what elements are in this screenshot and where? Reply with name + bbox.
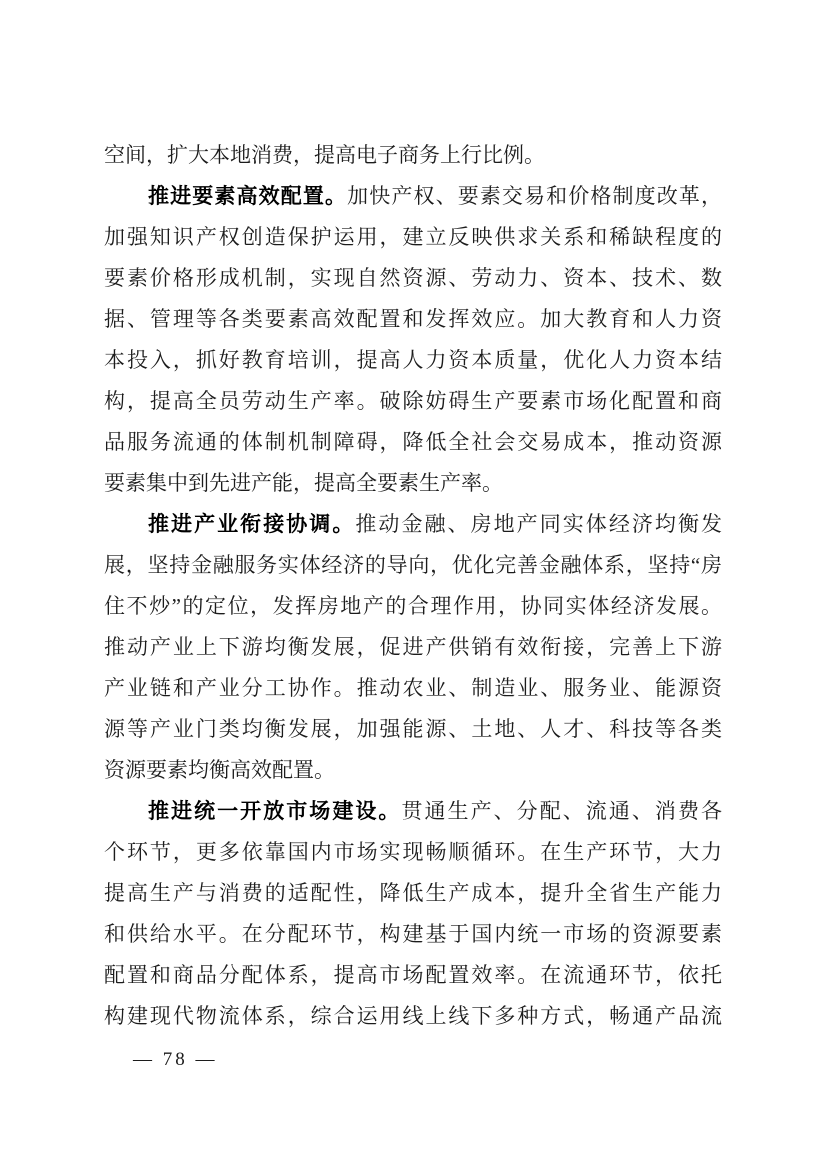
line-text: 品服务流通的体制机制障碍，降低全社会交易成本，推动资源 (104, 430, 722, 454)
text-line: 提高生产与消费的适配性，降低生产成本，提升全省生产能力 (104, 873, 722, 914)
text-line: 展，坚持金融服务实体经济的导向，优化完善金融体系，坚持“房 (104, 545, 722, 586)
text-line: 产业链和产业分工协作。推动农业、制造业、服务业、能源资 (104, 668, 722, 709)
page-number-text: — 78 — (133, 1049, 218, 1070)
text-line: 资源要素均衡高效配置。 (104, 750, 722, 791)
line-text: 住不炒”的定位，发挥房地产的合理作用，协同实体经济发展。 (104, 594, 722, 618)
line-text: 本投入，抓好教育培训，提高人力资本质量，优化人力资本结 (104, 348, 722, 372)
text-line: 推进统一开放市场建设。贯通生产、分配、流通、消费各 (104, 791, 722, 832)
line-text: 和供给水平。在分配环节，构建基于国内统一市场的资源要素 (104, 922, 722, 946)
line-text: 个环节，更多依靠国内市场实现畅顺循环。在生产环节，大力 (104, 840, 722, 864)
paragraph-lead: 推进要素高效配置。 (148, 184, 347, 208)
line-text: 源等产业门类均衡发展，加强能源、土地、人才、科技等各类 (104, 717, 722, 741)
text-line: 构，提高全员劳动生产率。破除妨碍生产要素市场化配置和商 (104, 381, 722, 422)
paragraph-lead: 推进统一开放市场建设。 (148, 799, 401, 823)
document-page: 空间，扩大本地消费，提高电子商务上行比例。 推进要素高效配置。加快产权、要素交易… (0, 0, 827, 1169)
line-text: 空间，扩大本地消费，提高电子商务上行比例。 (104, 143, 545, 167)
text-line: 推动产业上下游均衡发展，促进产供销有效衔接，完善上下游 (104, 627, 722, 668)
text-line: 个环节，更多依靠国内市场实现畅顺循环。在生产环节，大力 (104, 832, 722, 873)
line-text: 资源要素均衡高效配置。 (104, 758, 335, 782)
line-text: 要素集中到先进产能，提高全要素生产率。 (104, 471, 503, 495)
line-text: 据、管理等各类要素高效配置和发挥效应。加大教育和人力资 (104, 307, 722, 331)
paragraph-industry-coordination: 推进产业衔接协调。推动金融、房地产同实体经济均衡发 展，坚持金融服务实体经济的导… (104, 504, 722, 791)
text-line: 要素集中到先进产能，提高全要素生产率。 (104, 463, 722, 504)
text-line: 推进产业衔接协调。推动金融、房地产同实体经济均衡发 (104, 504, 722, 545)
line-text: 要素价格形成机制，实现自然资源、劳动力、资本、技术、数 (104, 266, 722, 290)
page-body-text: 空间，扩大本地消费，提高电子商务上行比例。 推进要素高效配置。加快产权、要素交易… (104, 135, 722, 1037)
text-line: 要素价格形成机制，实现自然资源、劳动力、资本、技术、数 (104, 258, 722, 299)
line-text: 配置和商品分配体系，提高市场配置效率。在流通环节，依托 (104, 963, 722, 987)
line-text: 加强知识产权创造保护运用，建立反映供求关系和稀缺程度的 (104, 225, 722, 249)
text-line: 品服务流通的体制机制障碍，降低全社会交易成本，推动资源 (104, 422, 722, 463)
line-text: 推动金融、房地产同实体经济均衡发 (355, 512, 722, 536)
line-text: 推动产业上下游均衡发展，促进产供销有效衔接，完善上下游 (104, 635, 722, 659)
paragraph-unified-open-market: 推进统一开放市场建设。贯通生产、分配、流通、消费各 个环节，更多依靠国内市场实现… (104, 791, 722, 1037)
page-number: — 78 — (133, 1048, 218, 1072)
text-line: 推进要素高效配置。加快产权、要素交易和价格制度改革， (104, 176, 722, 217)
line-text: 提高生产与消费的适配性，降低生产成本，提升全省生产能力 (104, 881, 722, 905)
text-line: 加强知识产权创造保护运用，建立反映供求关系和稀缺程度的 (104, 217, 722, 258)
line-text: 展，坚持金融服务实体经济的导向，优化完善金融体系，坚持“房 (104, 553, 722, 577)
line-text: 构，提高全员劳动生产率。破除妨碍生产要素市场化配置和商 (104, 389, 722, 413)
text-line: 本投入，抓好教育培训，提高人力资本质量，优化人力资本结 (104, 340, 722, 381)
text-line: 住不炒”的定位，发挥房地产的合理作用，协同实体经济发展。 (104, 586, 722, 627)
line-text: 加快产权、要素交易和价格制度改革， (347, 184, 722, 208)
line-text: 贯通生产、分配、流通、消费各 (401, 799, 722, 823)
text-line: 空间，扩大本地消费，提高电子商务上行比例。 (104, 135, 722, 176)
text-line: 源等产业门类均衡发展，加强能源、土地、人才、科技等各类 (104, 709, 722, 750)
paragraph-continuation: 空间，扩大本地消费，提高电子商务上行比例。 (104, 135, 722, 176)
line-text: 构建现代物流体系，综合运用线上线下多种方式，畅通产品流 (104, 1004, 722, 1028)
text-line: 据、管理等各类要素高效配置和发挥效应。加大教育和人力资 (104, 299, 722, 340)
paragraph-lead: 推进产业衔接协调。 (148, 512, 355, 536)
text-line: 配置和商品分配体系，提高市场配置效率。在流通环节，依托 (104, 955, 722, 996)
text-line: 构建现代物流体系，综合运用线上线下多种方式，畅通产品流 (104, 996, 722, 1037)
line-text: 产业链和产业分工协作。推动农业、制造业、服务业、能源资 (104, 676, 722, 700)
paragraph-factor-allocation: 推进要素高效配置。加快产权、要素交易和价格制度改革， 加强知识产权创造保护运用，… (104, 176, 722, 504)
text-line: 和供给水平。在分配环节，构建基于国内统一市场的资源要素 (104, 914, 722, 955)
